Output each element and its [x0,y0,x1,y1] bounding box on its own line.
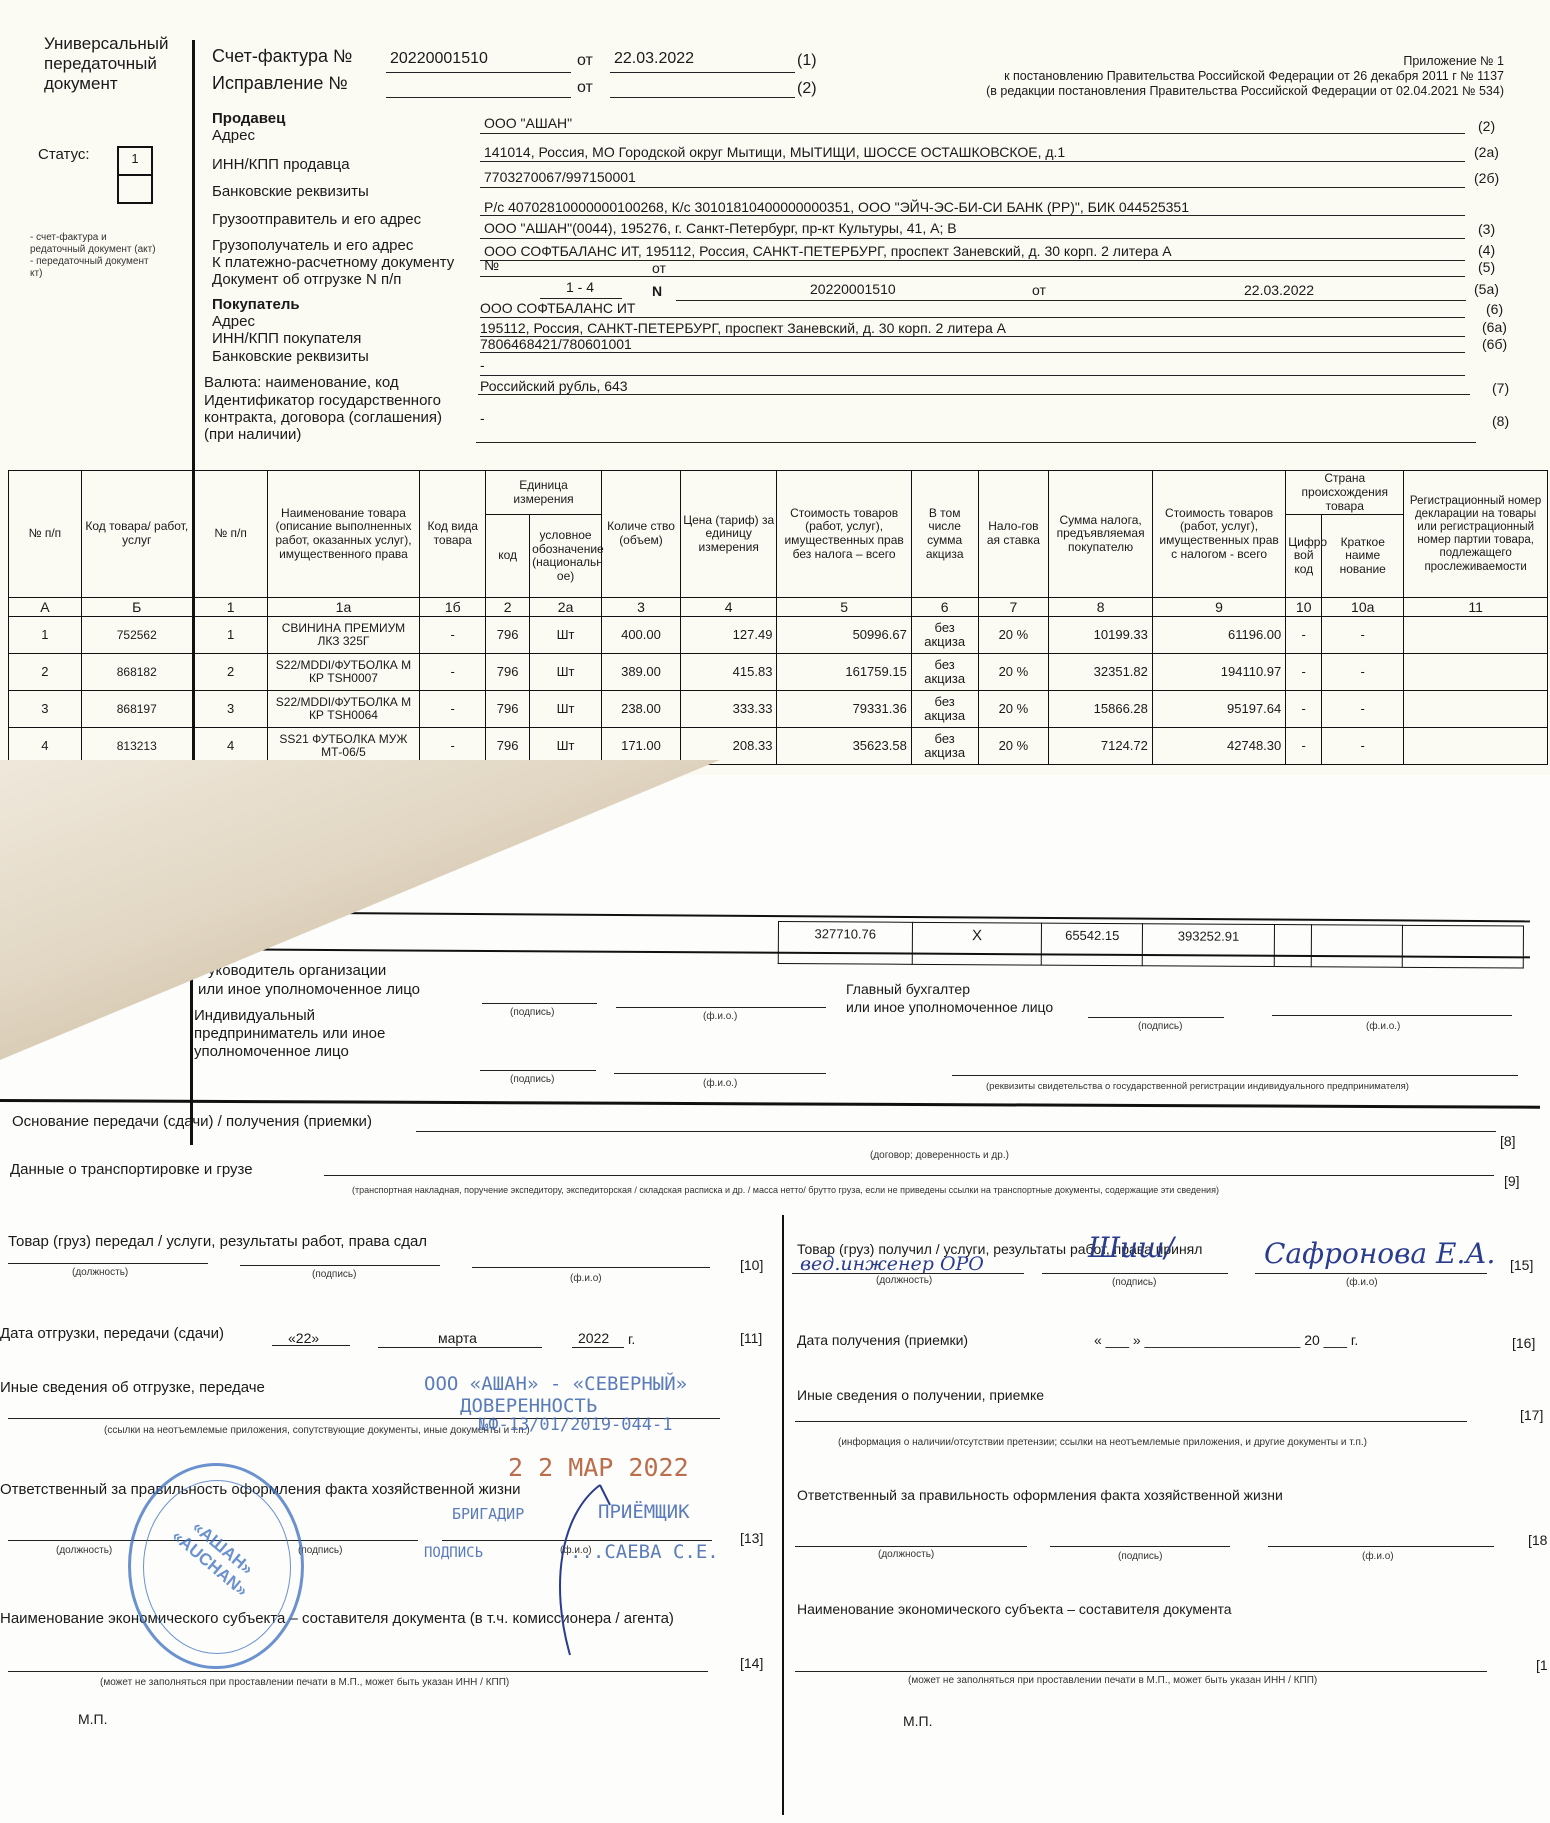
cell-code: 868182 [81,654,193,691]
ip-label: Индивидуальный предприниматель или иное … [194,1007,385,1061]
cell-declaration [1404,691,1548,728]
cell-no2: 2 [193,654,267,691]
cell-no: 2 [9,654,82,691]
cell-excise: без акциза [911,691,978,728]
column-index-cell: 6 [911,598,978,617]
table-row: 28681822S22/MDDI/ФУТБОЛКА М КР TSH0007-7… [9,654,1548,691]
other-shipping-label: Иные сведения об отгрузке, передаче [0,1379,265,1396]
cell-no: 3 [9,691,82,728]
totals-table: 327710.76 X 65542.15 393252.91 [778,921,1524,969]
cell-country-code: - [1286,654,1322,691]
column-index-cell: 9 [1152,598,1285,617]
cell-unit-name: Шт [530,654,602,691]
cell-kind: - [420,728,486,765]
head-label: Руководитель организации или иное уполно… [198,961,420,999]
role-stamp-left: БРИГАДИР [452,1505,524,1523]
received-fio-handwritten: Сафронова Е.А. [1264,1237,1495,1270]
status-label: Статус: [38,146,90,163]
code-1: (1) [797,52,817,70]
cell-unit-name: Шт [530,728,602,765]
doc-type-title: Универсальный передаточный документ [44,34,169,94]
basis-label: Основание передачи (сдачи) / получения (… [12,1113,372,1130]
cell-country-code: - [1286,728,1322,765]
cell-country-name: - [1322,728,1404,765]
column-index-cell: 7 [978,598,1049,617]
cell-unit-code: 796 [486,691,530,728]
mp-left: М.П. [78,1711,108,1727]
cell-declaration [1404,654,1548,691]
cell-excise: без акциза [911,654,978,691]
column-index-cell: 2 [486,598,530,617]
column-index-cell: 10 [1286,598,1322,617]
column-index-cell: 5 [777,598,911,617]
ship-day: «22» [288,1330,319,1346]
cell-country-name: - [1322,617,1404,654]
handed-label: Товар (груз) передал / услуги, результат… [8,1233,427,1250]
cell-price: 333.33 [680,691,776,728]
table-row: 38681973S22/MDDI/ФУТБОЛКА М КР TSH0064-7… [9,691,1548,728]
cell-kind: - [420,617,486,654]
cell-rate: 20 % [978,691,1049,728]
table-row: 17525621СВИНИНА ПРЕМИУМ ЛКЗ 325Г-796Шт40… [9,617,1548,654]
seller-name: ООО "АШАН" [484,115,572,131]
cell-unit-code: 796 [486,617,530,654]
cell-name: СВИНИНА ПРЕМИУМ ЛКЗ 325Г [267,617,420,654]
column-index-cell: А [9,598,82,617]
cell-kind: - [420,654,486,691]
poa-number-stamp: №Ф-13/01/2019-044-1 [478,1415,672,1435]
received-position-handwritten: вед.инженер ОРО [800,1253,984,1275]
ship-date-label: Дата отгрузки, передачи (сдачи) [0,1325,224,1342]
cell-qty: 400.00 [601,617,680,654]
cell-cost-with-tax: 42748.30 [1152,728,1285,765]
totals-row: 327710.76 X 65542.15 393252.91 [778,922,1523,969]
cell-country-name: - [1322,691,1404,728]
cell-price: 415.83 [680,654,776,691]
table-row: 48132134SS21 ФУТБОЛКА МУЖ МТ-06/5-796Шт1… [9,728,1548,765]
column-index-cell: 1б [420,598,486,617]
column-index-cell: Б [81,598,193,617]
cell-tax: 7124.72 [1049,728,1153,765]
invoice-number: 20220001510 [390,50,488,68]
mp-right: М.П. [903,1713,933,1729]
total-cost-no-tax: 327710.76 [778,922,912,965]
cell-unit-name: Шт [530,691,602,728]
transport-label: Данные о транспортировке и грузе [10,1161,253,1178]
status-box: 1 [117,146,153,176]
cell-cost-no-tax: 35623.58 [777,728,911,765]
header-divider [192,40,195,470]
status-notes: - счет-фактура и редаточный документ (ак… [30,232,156,280]
responsible-right-label: Ответственный за правильность оформления… [797,1487,1283,1503]
status-box-empty [117,174,153,204]
total-excise: X [912,922,1042,965]
sign-word-stamp: ПОДПИСЬ [424,1545,483,1561]
cell-excise: без акциза [911,617,978,654]
poa-stamp: ДОВЕРЕННОСТЬ [460,1395,597,1417]
cell-code: 868197 [81,691,193,728]
correction-from-label: от [577,79,593,97]
entity-right-label: Наименование экономического субъекта – с… [797,1601,1232,1617]
column-index-cell: 10а [1322,598,1404,617]
cell-price: 208.33 [680,728,776,765]
cell-country-name: - [1322,654,1404,691]
code-2: (2) [797,80,817,98]
cell-excise: без акциза [911,728,978,765]
cell-qty: 389.00 [601,654,680,691]
cell-code: 813213 [81,728,193,765]
invoice-from-label: от [577,52,593,70]
column-divider [782,1215,784,1815]
round-company-seal: «АШАН» «AUCHAN» [128,1463,304,1669]
column-index-cell: 1 [193,598,267,617]
cell-tax: 32351.82 [1049,654,1153,691]
cell-declaration [1404,728,1548,765]
cell-cost-no-tax: 161759.15 [777,654,911,691]
cell-rate: 20 % [978,617,1049,654]
other-receive-label: Иные сведения о получении, приемке [797,1387,1044,1403]
ship-year: 2022 [578,1330,609,1346]
table-index-row: АБ11а1б22а34567891010а11 [9,598,1548,617]
cell-no2: 1 [193,617,267,654]
column-index-cell: 1а [267,598,420,617]
cell-qty: 238.00 [601,691,680,728]
cell-tax: 10199.33 [1049,617,1153,654]
cell-no2: 3 [193,691,267,728]
cell-no: 1 [9,617,82,654]
cell-cost-with-tax: 95197.64 [1152,691,1285,728]
cell-unit-code: 796 [486,728,530,765]
cell-country-code: - [1286,617,1322,654]
cell-name: S22/MDDI/ФУТБОЛКА М КР TSH0007 [267,654,420,691]
cell-name: S22/MDDI/ФУТБОЛКА М КР TSH0064 [267,691,420,728]
cell-cost-no-tax: 50996.67 [777,617,911,654]
ship-month: марта [438,1330,477,1346]
cell-rate: 20 % [978,654,1049,691]
cell-tax: 15866.28 [1049,691,1153,728]
invoice-date: 22.03.2022 [614,50,694,68]
receive-date-blank: « ___ » ____________________ 20 ___ г. [1094,1332,1358,1348]
cell-country-code: - [1286,691,1322,728]
cell-unit-code: 796 [486,654,530,691]
total-cost-with-tax: 393252.91 [1142,924,1274,967]
correction-label: Исправление № [212,73,348,94]
column-index-cell: 3 [601,598,680,617]
column-index-cell: 8 [1049,598,1153,617]
cell-name: SS21 ФУТБОЛКА МУЖ МТ-06/5 [267,728,420,765]
table-header-row: № п/п Код товара/ работ, услуг № п/п Наи… [9,471,1548,515]
cell-rate: 20 % [978,728,1049,765]
cell-cost-no-tax: 79331.36 [777,691,911,728]
column-index-cell: 2а [530,598,602,617]
cell-no2: 4 [193,728,267,765]
company-stamp-line: ООО «АШАН» - «СЕВЕРНЫЙ» [424,1373,687,1395]
cell-cost-with-tax: 194110.97 [1152,654,1285,691]
invoice-label: Счет-фактура № [212,46,352,67]
handwritten-signature-stroke [540,1475,630,1665]
accountant-label: Главный бухгалтер или иное уполномоченно… [846,980,1053,1016]
cell-price: 127.49 [680,617,776,654]
cell-code: 752562 [81,617,193,654]
cell-kind: - [420,691,486,728]
total-tax: 65542.15 [1042,923,1143,966]
column-index-cell: 11 [1404,598,1548,617]
cell-unit-name: Шт [530,617,602,654]
receive-date-label: Дата получения (приемки) [797,1332,968,1348]
cell-qty: 171.00 [601,728,680,765]
signature-block-bottom [0,1099,1540,1109]
appendix-note: Приложение № 1 к постановлению Правитель… [986,54,1504,99]
received-signature: Шиш/ [1088,1231,1174,1264]
goods-table: № п/п Код товара/ работ, услуг № п/п Наи… [8,470,1548,765]
column-index-cell: 4 [680,598,776,617]
cell-declaration [1404,617,1548,654]
cell-cost-with-tax: 61196.00 [1152,617,1285,654]
invoice-top-page: Универсальный передаточный документ Счет… [0,0,1550,760]
buyer-name: ООО СОФТБАЛАНС ИТ [480,300,635,316]
cell-no: 4 [9,728,82,765]
